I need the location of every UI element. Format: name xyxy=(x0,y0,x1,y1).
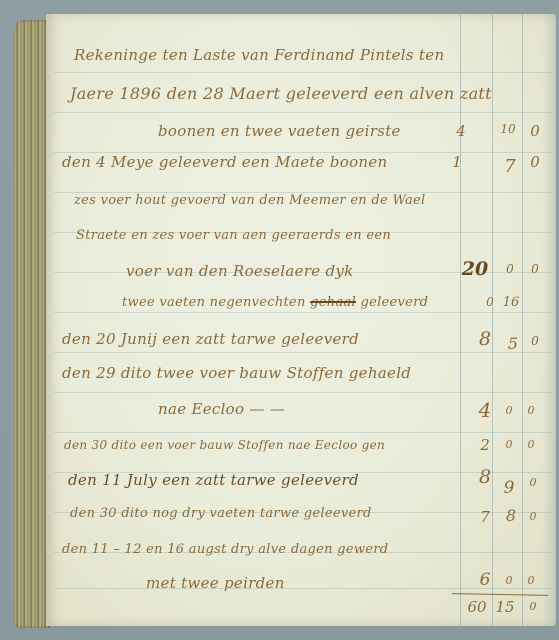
entry-text: zes voer hout gevoerd van den Meemer en … xyxy=(74,193,426,208)
entry-text-after: geleeverd xyxy=(360,295,428,310)
entry-amount-a: 4 xyxy=(474,398,496,422)
entry-amount-c: 0 xyxy=(524,122,546,140)
entry-amount-b: 0 xyxy=(498,404,520,417)
entry-amount-b: 0 xyxy=(498,574,520,587)
column-rule xyxy=(522,14,523,626)
entry-text: den 11 July een zatt tarwe geleeverd xyxy=(68,471,359,489)
entry-amount-c: 0 xyxy=(524,262,546,276)
entry-amount-c: 0 xyxy=(522,510,544,523)
ruled-line xyxy=(54,392,552,393)
entry-amount-b: 5 xyxy=(502,334,524,353)
entry-amount-a: 6 xyxy=(474,570,496,590)
entry-amount-c: 0 xyxy=(520,574,542,587)
entry-amount-b: 0 xyxy=(499,262,521,276)
entry-amount-a: 8 xyxy=(474,328,496,350)
entry-text: nae Eecloo — — xyxy=(158,400,285,418)
entry-amount-b: 8 xyxy=(500,506,522,525)
entry-text: met twee peirden xyxy=(146,574,285,592)
entry-amount-a: 7 xyxy=(474,508,496,526)
entry-text: den 4 Meye geleeverd een Maete boonen xyxy=(62,153,388,171)
ruled-line xyxy=(54,72,552,73)
entry-amount-a: 8 xyxy=(474,466,496,488)
ruled-line xyxy=(54,432,552,433)
entry-text: boonen en twee vaeten geirste xyxy=(158,122,401,140)
ruled-line xyxy=(54,352,552,353)
total-amount-c: 0 xyxy=(522,600,544,613)
heading-line-2: Jaere 1896 den 28 Maert geleeverd een al… xyxy=(70,84,492,103)
ruled-line xyxy=(54,312,552,313)
entry-amount-c: 0 xyxy=(520,438,542,451)
entry-text: twee vaeten negenvechten gehaal geleever… xyxy=(122,295,428,310)
entry-amount-b: 7 xyxy=(499,156,521,177)
struck-word: gehaal xyxy=(310,295,356,310)
entry-amount-c: 0 xyxy=(524,153,546,171)
ledger-page xyxy=(46,14,556,626)
entry-amount-b: 0 xyxy=(498,438,520,451)
entry-amount-a: 1 xyxy=(446,153,468,171)
total-amount-a: 60 xyxy=(462,598,492,616)
page-edges xyxy=(14,20,50,628)
entry-text: den 30 dito een voer bauw Stoffen nae Ee… xyxy=(64,438,385,452)
entry-amount-b: 16 xyxy=(500,295,522,310)
entry-amount-c: 0 xyxy=(520,404,542,417)
ledger-book: Rekeninge ten Laste van Ferdinand Pintel… xyxy=(0,0,559,640)
entry-amount-b: 9 xyxy=(498,478,520,498)
entry-amount-b: 10 xyxy=(497,122,519,136)
entry-text: voer van den Roeselaere dyk xyxy=(126,262,354,280)
entry-text: den 11 – 12 en 16 augst dry alve dagen g… xyxy=(62,542,388,557)
entry-amount-a: 0 xyxy=(479,295,501,309)
entry-amount-a: 2 xyxy=(474,436,496,454)
entry-text: Straete en zes voer van aen geeraerds en… xyxy=(76,228,391,243)
entry-text: den 30 dito nog dry vaeten tarwe geleeve… xyxy=(70,506,372,521)
entry-amount-a: 4 xyxy=(450,122,472,140)
entry-text-before: twee vaeten negenvechten xyxy=(122,295,306,310)
total-amount-b: 15 xyxy=(494,598,516,616)
entry-text: den 29 dito twee voer bauw Stoffen gehae… xyxy=(62,364,411,382)
entry-text: den 20 Junij een zatt tarwe geleeverd xyxy=(62,330,359,348)
column-rule xyxy=(492,14,493,626)
entry-amount-a: 20 xyxy=(460,258,490,280)
column-rule xyxy=(460,14,461,626)
entry-amount-c: 0 xyxy=(522,476,544,489)
ruled-line xyxy=(54,112,552,113)
heading-line-1: Rekeninge ten Laste van Ferdinand Pintel… xyxy=(74,46,444,64)
entry-amount-c: 0 xyxy=(524,334,546,348)
